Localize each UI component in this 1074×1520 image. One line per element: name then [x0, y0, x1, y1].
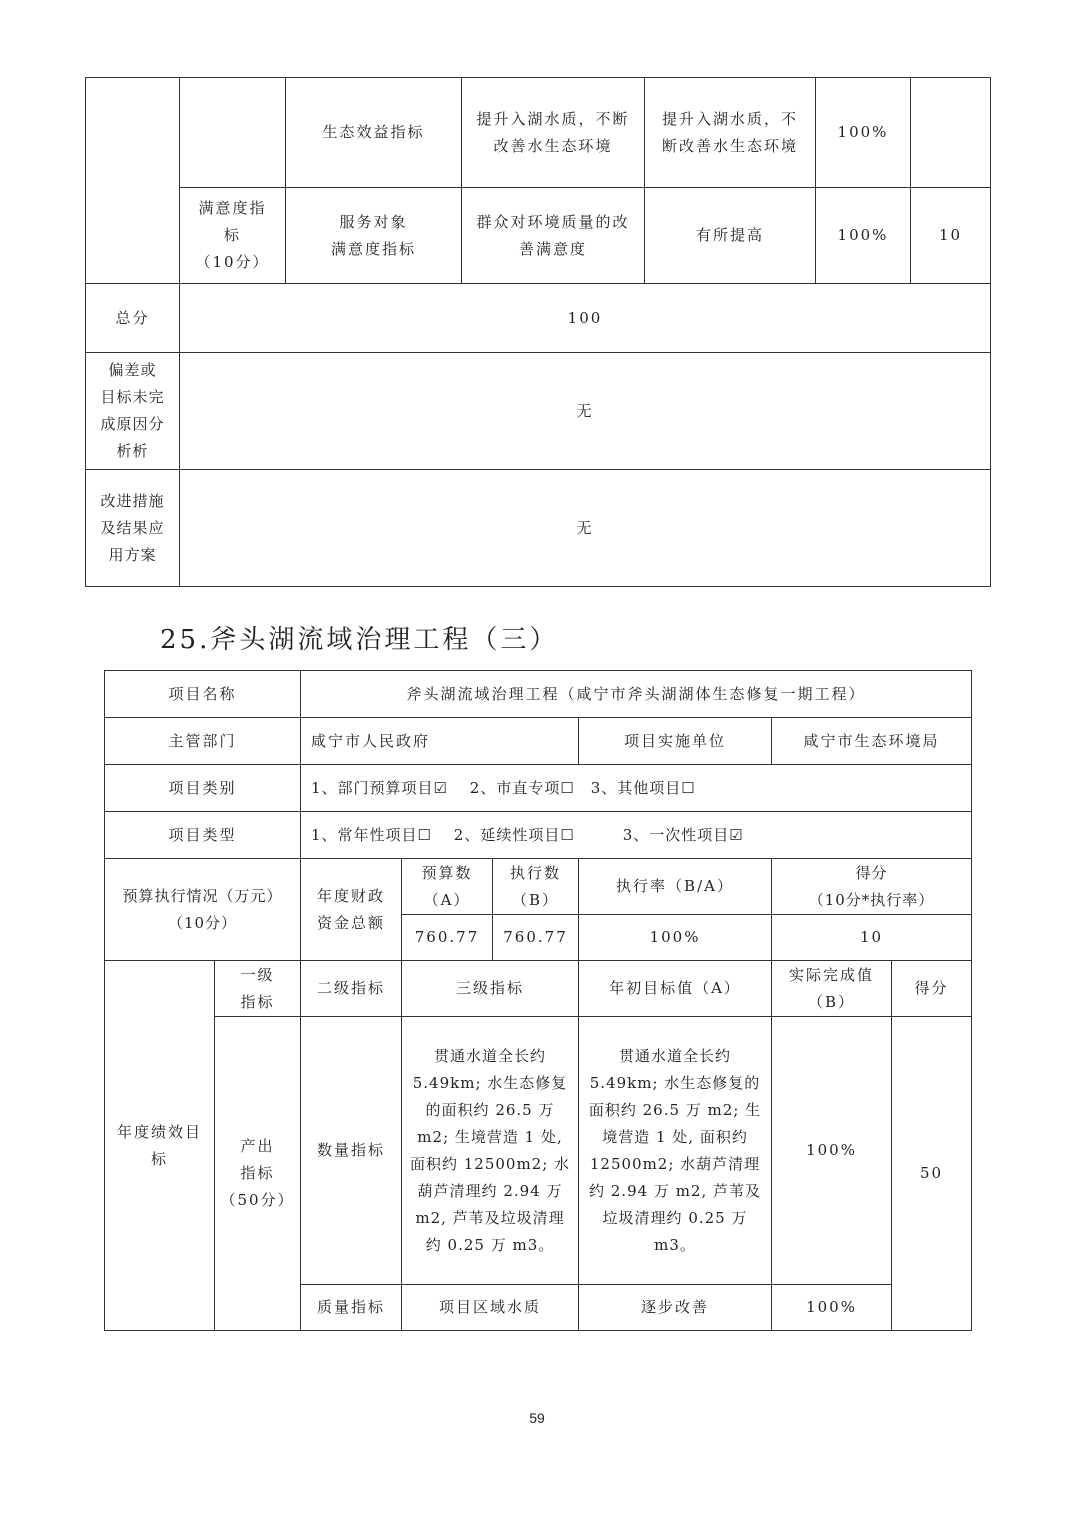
dept-value: 咸宁市人民政府 [301, 718, 579, 765]
actual-cell: 100% [816, 188, 911, 284]
output-score: 50 [892, 1017, 972, 1331]
level2-cell: 服务对象 满意度指标 [286, 188, 462, 284]
total-label: 总分 [86, 284, 180, 353]
total-value: 100 [180, 284, 991, 353]
quantity-level2: 数量指标 [301, 1017, 402, 1285]
performance-table-continued: 生态效益指标 提升入湖水质，不断 改善水生态环境 提升入湖水质，不 断改善水生态… [85, 77, 991, 587]
header-level3: 三级指标 [402, 961, 579, 1017]
header-target: 年初目标值（A） [579, 961, 772, 1017]
header-level1: 一级 指标 [215, 961, 301, 1017]
output-label: 产出 指标 （50分） [215, 1017, 301, 1331]
section-title: 25.斧头湖流域治理工程（三） [160, 620, 558, 660]
quantity-level3: 贯通水道全长约 5.49km; 水生态修复 的面积约 26.5 万 m2; 生境… [402, 1017, 579, 1285]
impl-value: 咸宁市生态环境局 [772, 718, 972, 765]
type-value: 1、常年性项目☐ 2、延续性项目☐ 3、一次性项目☑ [301, 812, 972, 859]
empty-cell [180, 78, 286, 188]
project-performance-table: 项目名称 斧头湖流域治理工程（咸宁市斧头湖湖体生态修复一期工程） 主管部门 咸宁… [104, 670, 972, 1331]
improvement-label: 改进措施 及结果应 用方案 [86, 470, 180, 587]
budget-b-label: 执行数 （B） [493, 859, 579, 915]
budget-score-label: 得分 （10分*执行率） [772, 859, 972, 915]
level2-cell: 生态效益指标 [286, 78, 462, 188]
type-label: 项目类型 [105, 812, 301, 859]
deviation-value: 无 [180, 353, 991, 470]
impl-label: 项目实施单位 [579, 718, 772, 765]
quantity-target: 贯通水道全长约 5.49km; 水生态修复的 面积约 26.5 万 m2; 生 … [579, 1017, 772, 1285]
header-level2: 二级指标 [301, 961, 402, 1017]
quality-level3: 项目区域水质 [402, 1285, 579, 1331]
target-cell: 提升入湖水质，不 断改善水生态环境 [645, 78, 816, 188]
category-label: 项目类别 [105, 765, 301, 812]
dept-label: 主管部门 [105, 718, 301, 765]
score-cell: 10 [911, 188, 991, 284]
quality-level2: 质量指标 [301, 1285, 402, 1331]
quality-target: 逐步改善 [579, 1285, 772, 1331]
rate-label: 执行率（B/A） [579, 859, 772, 915]
budget-a-value: 760.77 [402, 915, 493, 961]
header-score: 得分 [892, 961, 972, 1017]
header-actual: 实际完成值 （B） [772, 961, 892, 1017]
deviation-label: 偏差或 目标未完 成原因分 析析 [86, 353, 180, 470]
empty-cell [86, 78, 180, 284]
actual-cell: 100% [816, 78, 911, 188]
project-name-label: 项目名称 [105, 671, 301, 718]
quality-actual: 100% [772, 1285, 892, 1331]
level3-cell: 提升入湖水质，不断 改善水生态环境 [462, 78, 645, 188]
level3-cell: 群众对环境质量的改 善满意度 [462, 188, 645, 284]
perf-label: 年度绩效目 标 [105, 961, 215, 1331]
rate-value: 100% [579, 915, 772, 961]
budget-label: 预算执行情况（万元） （10分） [105, 859, 301, 961]
category-value: 1、部门预算项目☑ 2、市直专项☐ 3、其他项目☐ [301, 765, 972, 812]
quantity-actual: 100% [772, 1017, 892, 1285]
budget-score-value: 10 [772, 915, 972, 961]
budget-b-value: 760.77 [493, 915, 579, 961]
budget-a-label: 预算数 （A） [402, 859, 493, 915]
project-name-value: 斧头湖流域治理工程（咸宁市斧头湖湖体生态修复一期工程） [301, 671, 972, 718]
score-cell [911, 78, 991, 188]
target-cell: 有所提高 [645, 188, 816, 284]
page-number: 59 [0, 1410, 1074, 1426]
improvement-value: 无 [180, 470, 991, 587]
level1-cell: 满意度指 标 （10分） [180, 188, 286, 284]
fund-label: 年度财政 资金总额 [301, 859, 402, 961]
